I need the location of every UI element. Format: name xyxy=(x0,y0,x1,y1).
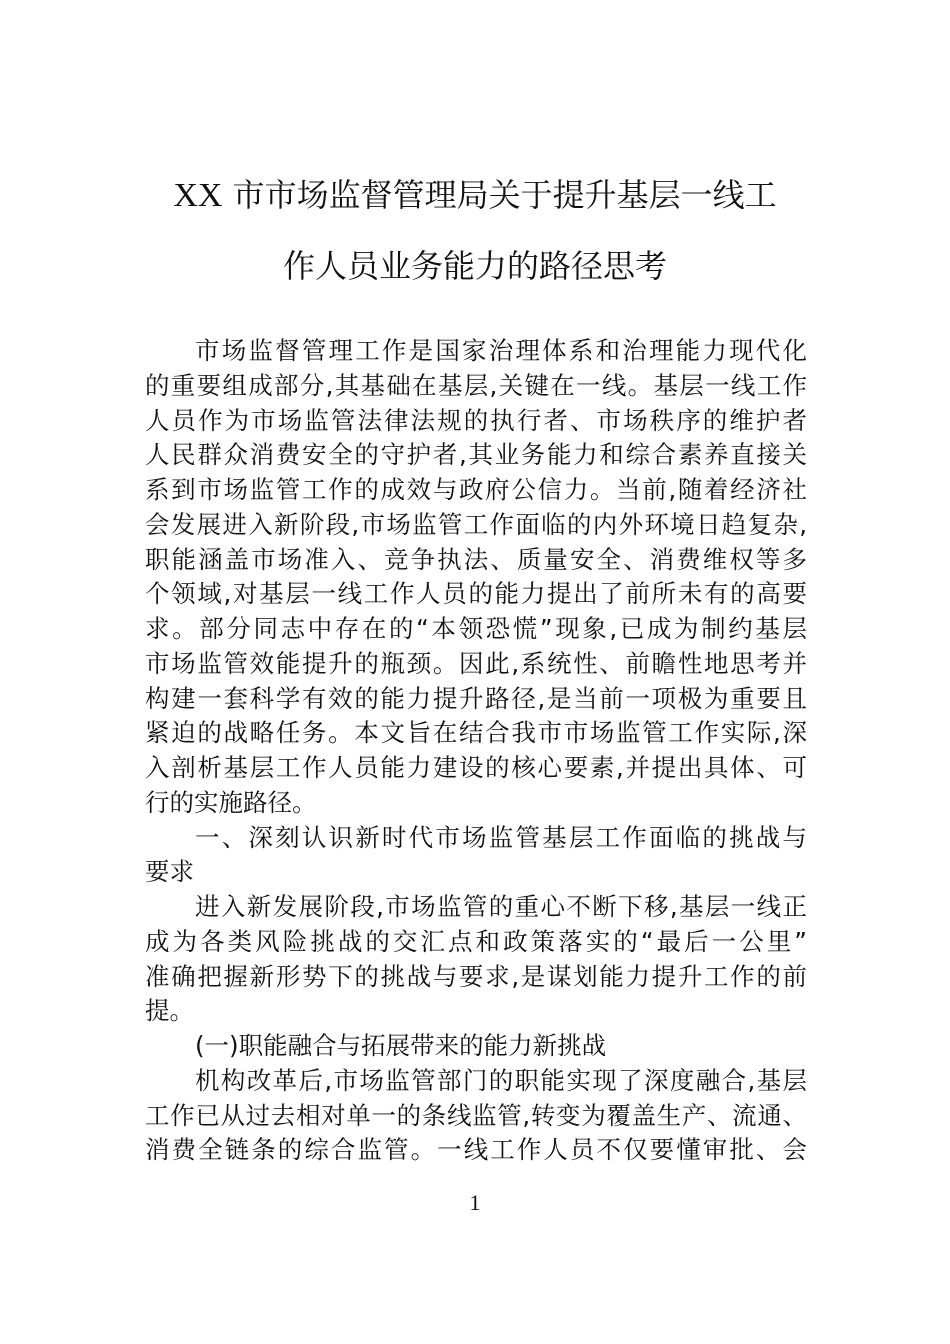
paragraph-line: 职能涵盖市场准入、竞争执法、质量安全、消费维权等多 xyxy=(145,543,807,578)
paragraph-line: 个领域,对基层一线工作人员的能力提出了前所未有的高要 xyxy=(145,577,807,612)
paragraph-line: 市场监管效能提升的瓶颈。因此,系统性、前瞻性地思考并 xyxy=(145,647,807,682)
paragraph-line: 行的实施路径。 xyxy=(145,786,807,821)
section-heading-line: 一、深刻认识新时代市场监管基层工作面临的挑战与 xyxy=(145,821,807,856)
page-number: 1 xyxy=(0,1190,950,1216)
paragraph-line: 市场监督管理工作是国家治理体系和治理能力现代化 xyxy=(145,334,807,369)
title-line-1: XX 市市场监督管理局关于提升基层一线工 xyxy=(140,160,810,231)
paragraph-line: 机构改革后,市场监管部门的职能实现了深度融合,基层 xyxy=(145,1064,807,1099)
paragraph-line: 人员作为市场监管法律法规的执行者、市场秩序的维护者 xyxy=(145,404,807,439)
title-line-2: 作人员业务能力的路径思考 xyxy=(140,231,810,301)
paragraph-line: 准确把握新形势下的挑战与要求,是谋划能力提升工作的前 xyxy=(145,960,807,995)
paragraph-line: 消费全链条的综合监管。一线工作人员不仅要懂审批、会 xyxy=(145,1133,807,1168)
paragraph-line: 的重要组成部分,其基础在基层,关键在一线。基层一线工作 xyxy=(145,369,807,404)
paragraph-line: 入剖析基层工作人员能力建设的核心要素,并提出具体、可 xyxy=(145,751,807,786)
section-heading-line: 要求 xyxy=(145,855,807,890)
paragraph-line: 紧迫的战略任务。本文旨在结合我市市场监管工作实际,深 xyxy=(145,716,807,751)
title-line-1-text: 市市场监督管理局关于提升基层一线工 xyxy=(233,176,777,214)
document-page: XX 市市场监督管理局关于提升基层一线工 作人员业务能力的路径思考 市场监督管理… xyxy=(0,0,950,1344)
subsection-heading: (一)职能融合与拓展带来的能力新挑战 xyxy=(145,1029,807,1064)
paragraph-line: 工作已从过去相对单一的条线监管,转变为覆盖生产、流通、 xyxy=(145,1099,807,1134)
paragraph-line: 求。部分同志中存在的“本领恐慌”现象,已成为制约基层 xyxy=(145,612,807,647)
title-prefix: XX xyxy=(173,177,222,214)
paragraph-line: 系到市场监管工作的成效与政府公信力。当前,随着经济社 xyxy=(145,473,807,508)
paragraph-line: 进入新发展阶段,市场监管的重心不断下移,基层一线正 xyxy=(145,890,807,925)
paragraph-line: 成为各类风险挑战的交汇点和政策落实的“最后一公里” xyxy=(145,925,807,960)
paragraph-line: 构建一套科学有效的能力提升路径,是当前一项极为重要且 xyxy=(145,682,807,717)
document-title: XX 市市场监督管理局关于提升基层一线工 作人员业务能力的路径思考 xyxy=(140,160,810,301)
document-body: 市场监督管理工作是国家治理体系和治理能力现代化 的重要组成部分,其基础在基层,关… xyxy=(145,334,807,1168)
paragraph-line: 人民群众消费安全的守护者,其业务能力和综合素养直接关 xyxy=(145,438,807,473)
paragraph-line: 提。 xyxy=(145,994,807,1029)
paragraph-line: 会发展进入新阶段,市场监管工作面临的内外环境日趋复杂, xyxy=(145,508,807,543)
